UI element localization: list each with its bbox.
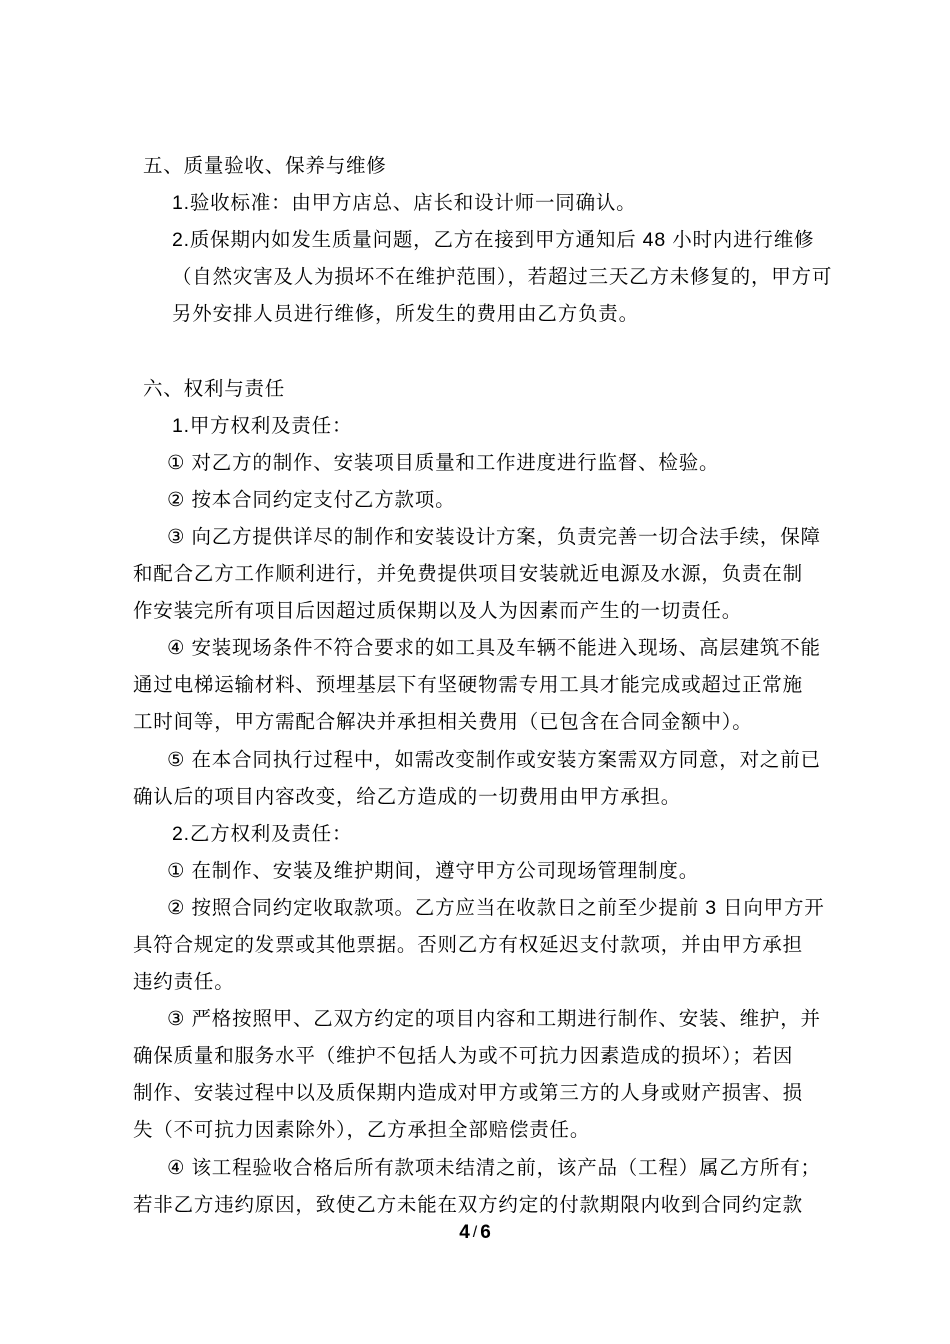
paragraph-line: 工时间等，甲方需配合解决并承担相关费用（已包含在合同金额中）。 — [133, 704, 950, 741]
paragraph-line: 制作、安装过程中以及质保期内造成对甲方或第三方的人身或财产损害、损 — [133, 1075, 950, 1112]
page-number-separator: / — [470, 1224, 480, 1241]
paragraph-line: ④ 该工程验收合格后所有款项未结清之前，该产品（工程）属乙方所有； — [167, 1150, 950, 1187]
paragraph-line: ② 按照合同约定收取款项。乙方应当在收款日之前至少提前 3 日向甲方开 — [167, 890, 950, 927]
section-heading: 五、质量验收、保养与维修 — [143, 148, 950, 185]
paragraph-line: 2.乙方权利及责任： — [172, 816, 950, 853]
section-rights-responsibilities: 六、权利与责任 1.甲方权利及责任： ① 对乙方的制作、安装项目质量和工作进度进… — [0, 371, 950, 1224]
total-page-count: 6 — [480, 1222, 491, 1243]
paragraph-line: ③ 向乙方提供详尽的制作和安装设计方案，负责完善一切合法手续，保障 — [167, 519, 950, 556]
page-footer: 4/6 — [0, 1222, 950, 1244]
current-page-number: 4 — [459, 1222, 470, 1243]
paragraph-line: 和配合乙方工作顺利进行，并免费提供项目安装就近电源及水源，负责在制 — [133, 556, 950, 593]
paragraph-line: 违约责任。 — [133, 964, 950, 1001]
paragraph-line: 2.质保期内如发生质量问题，乙方在接到甲方通知后 48 小时内进行维修 — [172, 222, 950, 259]
document-page: 五、质量验收、保养与维修 1.验收标准：由甲方店总、店长和设计师一同确认。 2.… — [0, 0, 950, 1344]
paragraph-line: ③ 严格按照甲、乙双方约定的项目内容和工期进行制作、安装、维护，并 — [167, 1001, 950, 1038]
paragraph-line: ④ 安装现场条件不符合要求的如工具及车辆不能进入现场、高层建筑不能 — [167, 630, 950, 667]
paragraph-line: 具符合规定的发票或其他票据。否则乙方有权延迟支付款项，并由甲方承担 — [133, 927, 950, 964]
paragraph-line: ⑤ 在本合同执行过程中，如需改变制作或安装方案需双方同意，对之前已 — [167, 742, 950, 779]
paragraph-line: 作安装完所有项目后因超过质保期以及人为因素而产生的一切责任。 — [133, 593, 950, 630]
paragraph-line: 确认后的项目内容改变，给乙方造成的一切费用由甲方承担。 — [133, 779, 950, 816]
paragraph-line: 通过电梯运输材料、预埋基层下有坚硬物需专用工具才能完成或超过正常施 — [133, 667, 950, 704]
section-heading: 六、权利与责任 — [143, 371, 950, 408]
paragraph-line: 失（不可抗力因素除外），乙方承担全部赔偿责任。 — [133, 1112, 950, 1149]
paragraph-line: 确保质量和服务水平（维护不包括人为或不可抗力因素造成的损坏）；若因 — [133, 1038, 950, 1075]
paragraph-line: 1.甲方权利及责任： — [172, 408, 950, 445]
paragraph-line: 另外安排人员进行维修，所发生的费用由乙方负责。 — [172, 296, 950, 333]
paragraph-line: ① 在制作、安装及维护期间，遵守甲方公司现场管理制度。 — [167, 853, 950, 890]
paragraph-line: 1.验收标准：由甲方店总、店长和设计师一同确认。 — [172, 185, 950, 222]
paragraph-line: ② 按本合同约定支付乙方款项。 — [167, 482, 950, 519]
paragraph-line: 若非乙方违约原因，致使乙方未能在双方约定的付款期限内收到合同约定款 — [133, 1187, 950, 1224]
paragraph-line: ① 对乙方的制作、安装项目质量和工作进度进行监督、检验。 — [167, 445, 950, 482]
paragraph-line: （自然灾害及人为损坏不在维护范围），若超过三天乙方未修复的，甲方可 — [172, 259, 950, 296]
section-quality-acceptance: 五、质量验收、保养与维修 1.验收标准：由甲方店总、店长和设计师一同确认。 2.… — [0, 148, 950, 333]
